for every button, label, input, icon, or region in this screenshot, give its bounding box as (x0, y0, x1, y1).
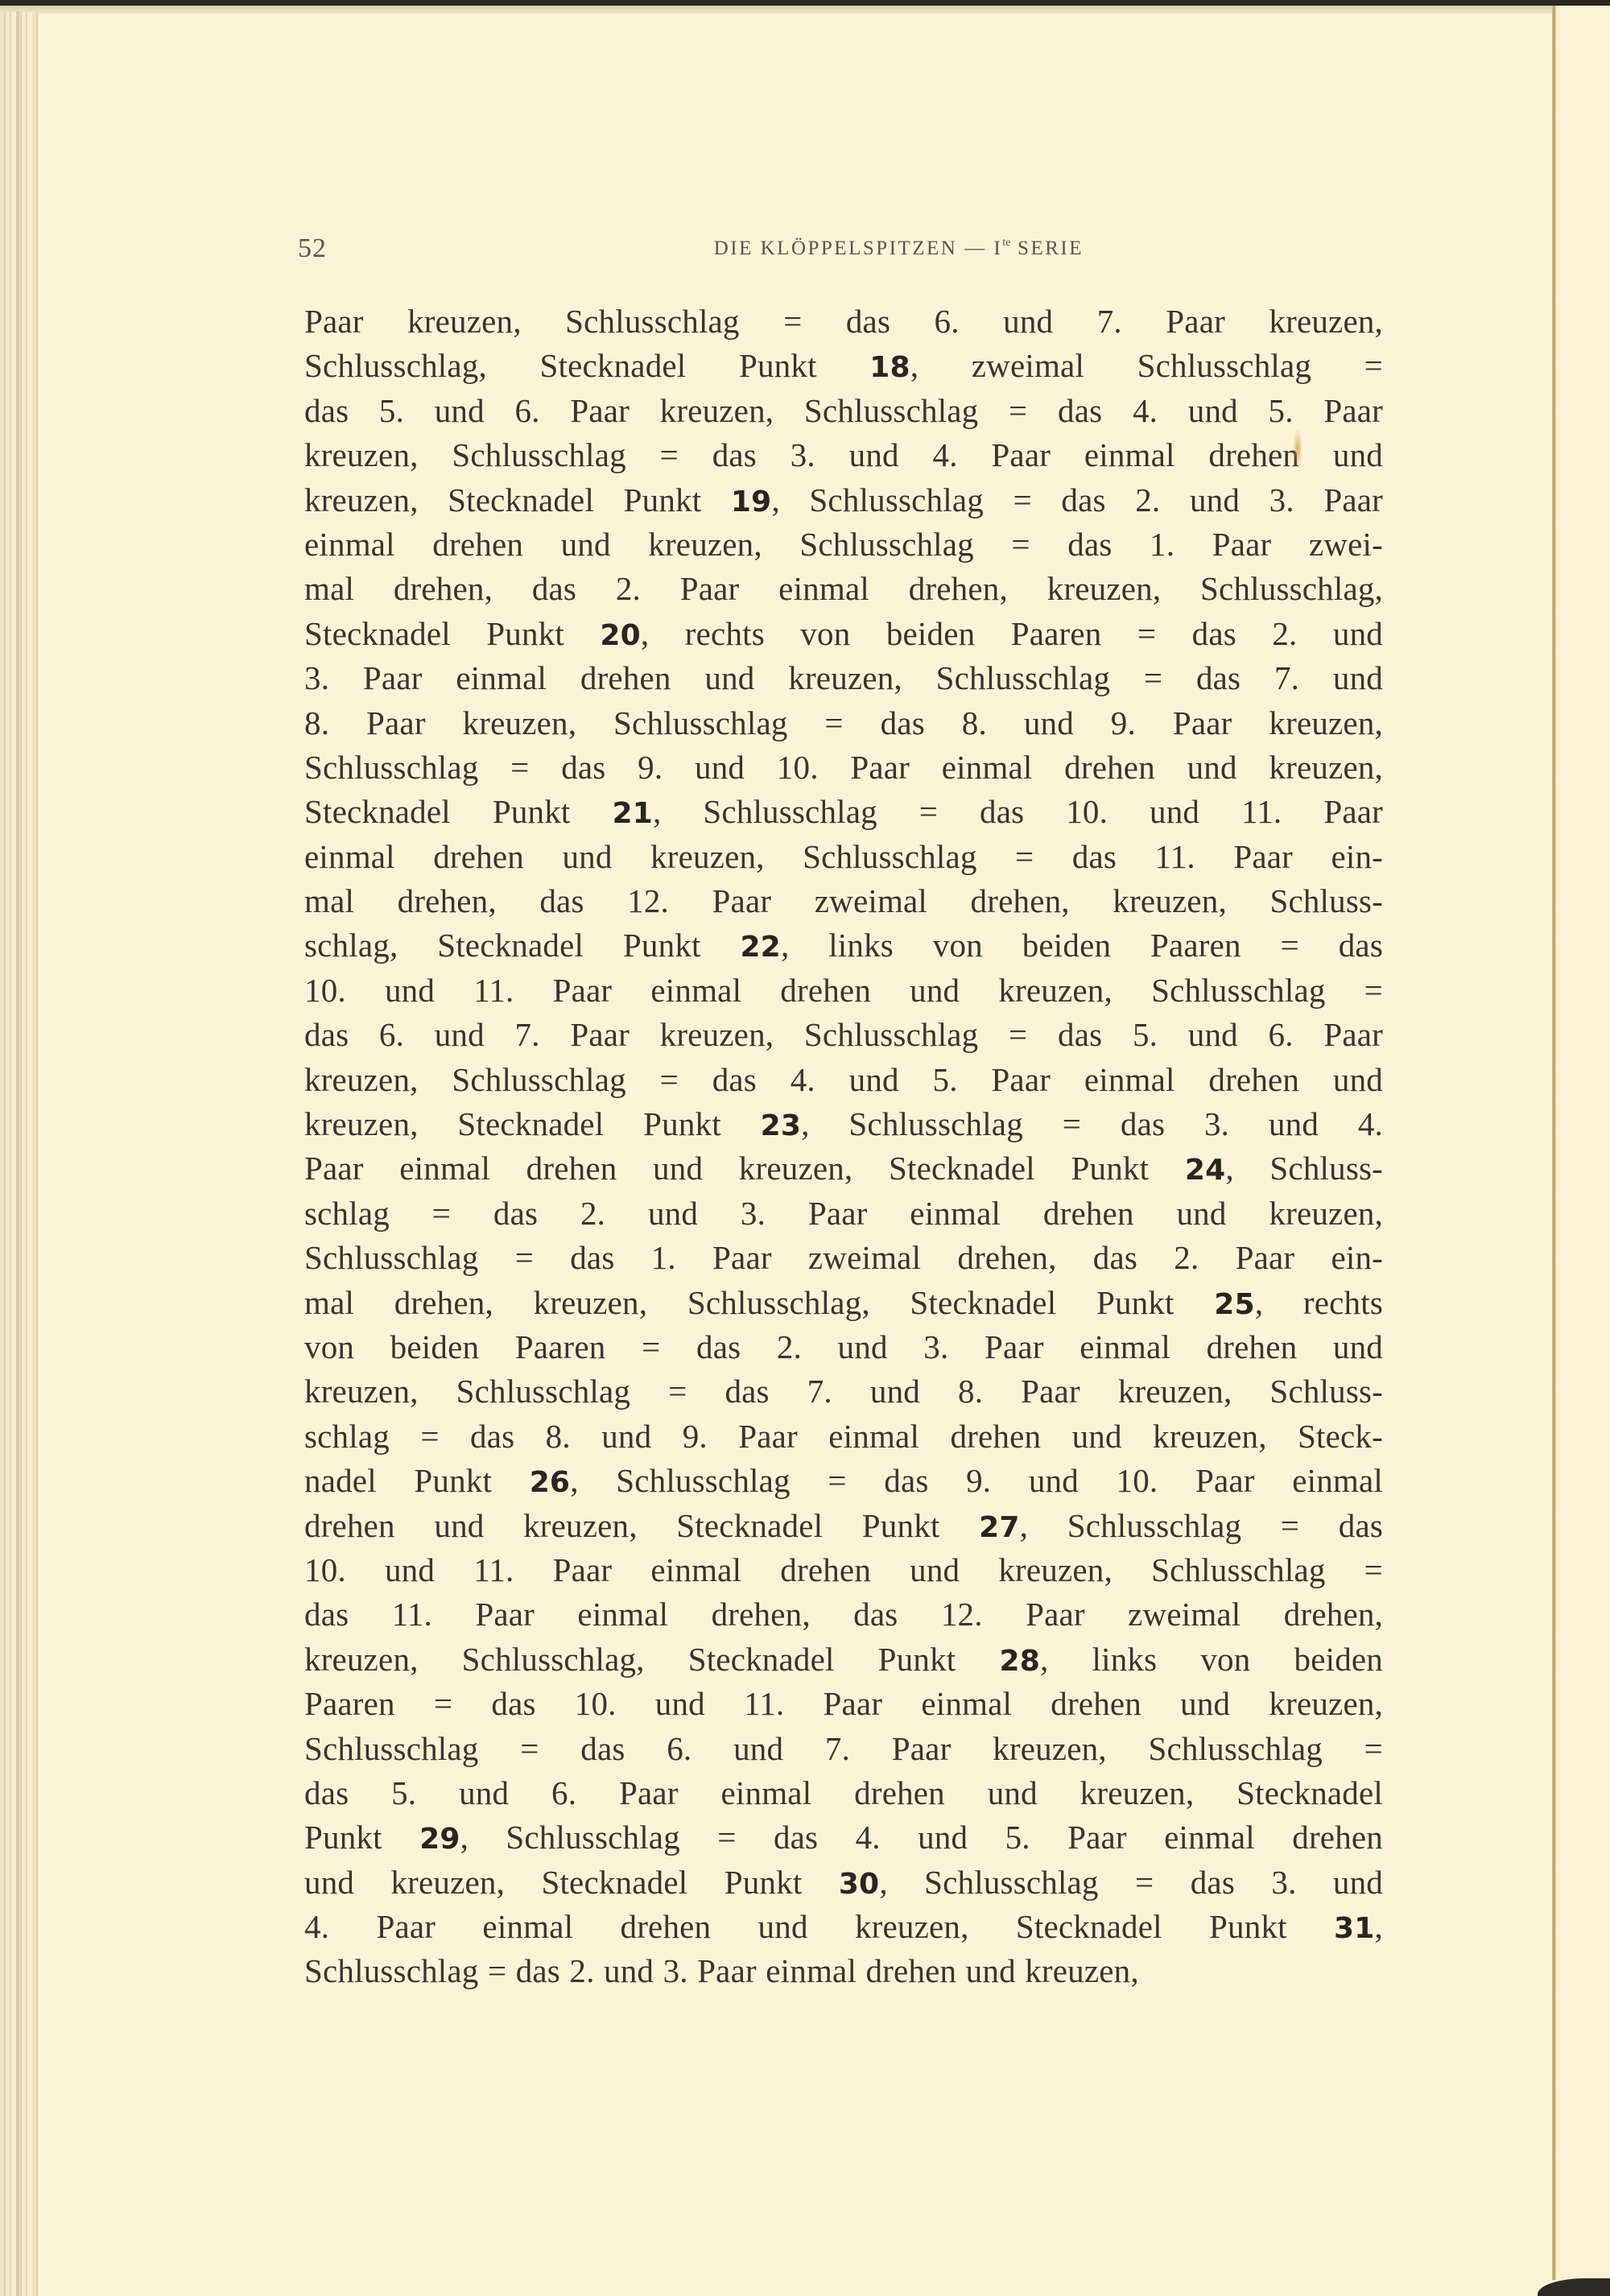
text-line: Schlusschlag, Stecknadel Punkt 18, zweim… (304, 344, 1383, 388)
text-run: , Schlusschlag = das 9. und 10. Paar ein… (570, 1462, 1383, 1499)
text-line: kreuzen, Schlusschlag, Stecknadel Punkt … (304, 1637, 1383, 1682)
text-run: , links von beiden Paaren = das (781, 927, 1383, 964)
point-number: 20 (600, 619, 641, 652)
text-run: Schlusschlag = das 9. und 10. Paar einma… (304, 749, 1383, 786)
text-line: mal drehen, das 2. Paar einmal drehen, k… (304, 567, 1383, 611)
text-run: kreuzen, Stecknadel Punkt (304, 1105, 761, 1142)
text-run: Stecknadel Punkt (304, 793, 612, 830)
text-line: das 5. und 6. Paar einmal drehen und kre… (304, 1771, 1383, 1815)
text-run: kreuzen, Stecknadel Punkt (304, 481, 731, 518)
scan-top-edge (0, 0, 1610, 6)
text-run: , (1375, 1908, 1383, 1945)
point-number: 31 (1334, 1912, 1375, 1945)
running-title: DIE KLÖPPELSPITZEN — Ite SERIE (714, 237, 1084, 260)
text-run: Punkt (304, 1819, 419, 1856)
text-line: Stecknadel Punkt 20, rechts von beiden P… (304, 612, 1383, 656)
point-number: 29 (419, 1823, 460, 1856)
text-run: , Schlusschlag = das 3. und (879, 1864, 1383, 1901)
point-number: 26 (530, 1466, 571, 1499)
text-run: einmal drehen und kreuzen, Schlusschlag … (304, 526, 1383, 563)
page-number: 52 (298, 233, 327, 264)
text-line: Schlusschlag = das 9. und 10. Paar einma… (304, 745, 1383, 790)
scan-bottom-edge (1538, 2278, 1610, 2296)
text-line: Paar kreuzen, Schlusschlag = das 6. und … (304, 299, 1383, 344)
text-run: , Schlusschlag = das 10. und 11. Paar (653, 793, 1383, 830)
text-run: Schlusschlag = das 1. Paar zweimal drehe… (304, 1239, 1383, 1276)
text-line: Paaren = das 10. und 11. Paar einmal dre… (304, 1682, 1383, 1726)
point-number: 21 (612, 797, 653, 830)
text-run: Schlusschlag, Stecknadel Punkt (304, 347, 869, 384)
text-line: 8. Paar kreuzen, Schlusschlag = das 8. u… (304, 701, 1383, 745)
text-run: das 11. Paar einmal drehen, das 12. Paar… (304, 1596, 1383, 1633)
text-line: Stecknadel Punkt 21, Schlusschlag = das … (304, 790, 1383, 834)
text-line: und kreuzen, Stecknadel Punkt 30, Schlus… (304, 1860, 1383, 1905)
text-line: Paar einmal drehen und kreuzen, Stecknad… (304, 1146, 1383, 1191)
text-line: das 5. und 6. Paar kreuzen, Schlusschlag… (304, 389, 1383, 433)
text-run: , rechts (1255, 1284, 1383, 1321)
text-line: kreuzen, Schlusschlag = das 7. und 8. Pa… (304, 1369, 1383, 1414)
running-title-end: SERIE (1010, 237, 1084, 259)
text-run: 10. und 11. Paar einmal drehen und kreuz… (304, 1551, 1383, 1588)
running-title-main: DIE KLÖPPELSPITZEN — I (714, 237, 1002, 259)
text-run: mal drehen, kreuzen, Schlusschlag, Steck… (304, 1284, 1214, 1321)
text-run: Paar einmal drehen und kreuzen, Stecknad… (304, 1150, 1185, 1187)
point-number: 19 (731, 485, 772, 518)
text-run: , zweimal Schlusschlag = (910, 347, 1383, 384)
text-run: schlag = das 8. und 9. Paar einmal drehe… (304, 1418, 1383, 1455)
text-line: einmal drehen und kreuzen, Schlusschlag … (304, 835, 1383, 879)
text-run: von beiden Paaren = das 2. und 3. Paar e… (304, 1328, 1383, 1365)
text-line: 10. und 11. Paar einmal drehen und kreuz… (304, 1548, 1383, 1592)
text-run: , Schluss- (1225, 1150, 1383, 1187)
text-run: , Schlusschlag = das (1020, 1507, 1383, 1544)
text-run: Paar kreuzen, Schlusschlag = das 6. und … (304, 303, 1383, 340)
paper-stain (1293, 428, 1302, 469)
text-run: das 5. und 6. Paar einmal drehen und kre… (304, 1774, 1383, 1811)
stacked-page-edges (0, 12, 39, 2296)
point-number: 25 (1214, 1288, 1255, 1321)
scanned-page: 52 DIE KLÖPPELSPITZEN — Ite SERIE Paar k… (0, 0, 1610, 2296)
text-line: 10. und 11. Paar einmal drehen und kreuz… (304, 968, 1383, 1013)
text-line: von beiden Paaren = das 2. und 3. Paar e… (304, 1325, 1383, 1369)
text-run: , rechts von beiden Paaren = das 2. und (641, 615, 1383, 652)
text-run: , Schlusschlag = das 2. und 3. Paar (771, 481, 1383, 518)
text-line: schlag, Stecknadel Punkt 22, links von b… (304, 923, 1383, 968)
text-line: das 6. und 7. Paar kreuzen, Schlusschlag… (304, 1013, 1383, 1057)
text-run: Paaren = das 10. und 11. Paar einmal dre… (304, 1685, 1383, 1722)
text-run: , Schlusschlag = das 4. und 5. Paar einm… (460, 1819, 1383, 1856)
text-run: nadel Punkt (304, 1462, 530, 1499)
text-run: kreuzen, Schlusschlag = das 3. und 4. Pa… (304, 436, 1383, 473)
point-number: 30 (839, 1868, 880, 1901)
text-line: das 11. Paar einmal drehen, das 12. Paar… (304, 1592, 1383, 1637)
text-run: , links von beiden (1040, 1641, 1383, 1678)
text-line: 3. Paar einmal drehen und kreuzen, Schlu… (304, 656, 1383, 700)
text-run: , Schlusschlag = das 3. und 4. (801, 1105, 1383, 1142)
text-run: schlag, Stecknadel Punkt (304, 927, 740, 964)
text-run: Stecknadel Punkt (304, 615, 600, 652)
text-line: nadel Punkt 26, Schlusschlag = das 9. un… (304, 1459, 1383, 1503)
text-line: mal drehen, das 12. Paar zweimal drehen,… (304, 879, 1383, 923)
text-run: drehen und kreuzen, Stecknadel Punkt (304, 1507, 979, 1544)
text-run: 3. Paar einmal drehen und kreuzen, Schlu… (304, 659, 1383, 696)
text-run: 4. Paar einmal drehen und kreuzen, Steck… (304, 1908, 1334, 1945)
text-line: kreuzen, Schlusschlag = das 4. und 5. Pa… (304, 1058, 1383, 1102)
point-number: 22 (740, 931, 781, 964)
text-run: schlag = das 2. und 3. Paar einmal drehe… (304, 1195, 1383, 1232)
text-line: Schlusschlag = das 6. und 7. Paar kreuze… (304, 1727, 1383, 1771)
point-number: 23 (761, 1109, 802, 1142)
text-run: und kreuzen, Stecknadel Punkt (304, 1864, 839, 1901)
point-number: 27 (979, 1511, 1020, 1544)
text-line: schlag = das 8. und 9. Paar einmal drehe… (304, 1414, 1383, 1459)
text-run: 8. Paar kreuzen, Schlusschlag = das 8. u… (304, 704, 1383, 741)
text-line: kreuzen, Stecknadel Punkt 23, Schlusschl… (304, 1102, 1383, 1146)
text-run: das 6. und 7. Paar kreuzen, Schlusschlag… (304, 1016, 1383, 1053)
page-top-shadow (0, 6, 1552, 14)
text-line: Punkt 29, Schlusschlag = das 4. und 5. P… (304, 1815, 1383, 1860)
body-text: Paar kreuzen, Schlusschlag = das 6. und … (304, 299, 1383, 1994)
text-run: kreuzen, Schlusschlag = das 4. und 5. Pa… (304, 1061, 1383, 1098)
text-line: Schlusschlag = das 2. und 3. Paar einmal… (304, 1949, 1383, 1993)
text-run: einmal drehen und kreuzen, Schlusschlag … (304, 838, 1383, 875)
text-run: kreuzen, Schlusschlag = das 7. und 8. Pa… (304, 1373, 1383, 1410)
text-run: mal drehen, das 2. Paar einmal drehen, k… (304, 570, 1383, 607)
text-run: 10. und 11. Paar einmal drehen und kreuz… (304, 972, 1383, 1009)
text-run: mal drehen, das 12. Paar zweimal drehen,… (304, 882, 1383, 919)
running-head: 52 DIE KLÖPPELSPITZEN — Ite SERIE (298, 233, 1084, 266)
text-line: kreuzen, Stecknadel Punkt 19, Schlusschl… (304, 478, 1383, 522)
text-line: mal drehen, kreuzen, Schlusschlag, Steck… (304, 1281, 1383, 1325)
text-line: drehen und kreuzen, Stecknadel Punkt 27,… (304, 1504, 1383, 1548)
text-run: kreuzen, Schlusschlag, Stecknadel Punkt (304, 1641, 999, 1678)
point-number: 24 (1185, 1154, 1226, 1187)
text-line: schlag = das 2. und 3. Paar einmal drehe… (304, 1191, 1383, 1236)
next-page-strip (1556, 6, 1610, 2284)
running-title-superscript: te (1002, 237, 1010, 249)
text-line: einmal drehen und kreuzen, Schlusschlag … (304, 522, 1383, 567)
text-run: das 5. und 6. Paar kreuzen, Schlusschlag… (304, 392, 1383, 429)
text-line: 4. Paar einmal drehen und kreuzen, Steck… (304, 1905, 1383, 1949)
point-number: 28 (999, 1645, 1040, 1678)
point-number: 18 (869, 351, 910, 384)
text-run: Schlusschlag = das 6. und 7. Paar kreuze… (304, 1730, 1383, 1767)
text-line: Schlusschlag = das 1. Paar zweimal drehe… (304, 1236, 1383, 1280)
page-fold-line (16, 11, 19, 2296)
text-run: Schlusschlag = das 2. und 3. Paar einmal… (304, 1952, 1139, 1989)
text-line: kreuzen, Schlusschlag = das 3. und 4. Pa… (304, 433, 1383, 477)
